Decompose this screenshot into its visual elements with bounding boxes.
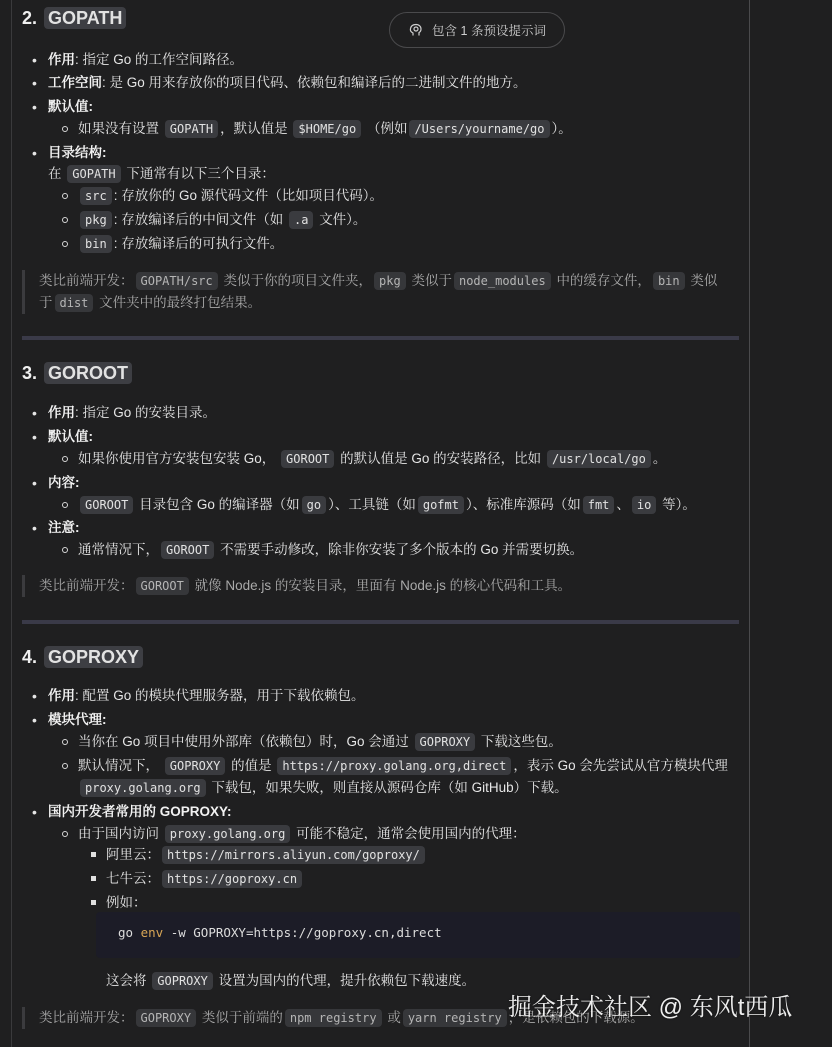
text: 文件夹中的最终打包结果。	[99, 295, 261, 310]
list-item: src: 存放你的 Go 源代码文件（比如项目代码）。	[78, 186, 383, 206]
inline-code: GOROOT	[80, 496, 133, 514]
text: 。	[653, 451, 667, 466]
item-colon: :	[75, 475, 80, 490]
section-heading-goroot: 3. GOROOT	[22, 363, 134, 384]
right-border-line	[749, 0, 750, 1047]
text: 如果你使用官方安装包安装 Go，	[78, 451, 275, 466]
list-item: 默认值:	[48, 427, 93, 447]
text: ）、标准库源码（如	[466, 497, 581, 512]
text: ，默认值是	[220, 121, 288, 136]
text: 阿里云：	[106, 847, 160, 862]
list-item: GOROOT 目录包含 Go 的编译器（如go）、工具链（如gofmt）、标准库…	[78, 495, 696, 515]
inline-code: proxy.golang.org	[80, 779, 206, 797]
inline-code: bin	[80, 235, 112, 253]
item-label: 作用	[48, 405, 75, 420]
heading-number: 2.	[22, 8, 37, 28]
list-item: 例如：	[106, 893, 147, 913]
text: ）、工具链（如	[328, 497, 416, 512]
list-item: 通常情况下，GOROOT 不需要手动修改，除非你安装了多个版本的 Go 并需要切…	[78, 540, 583, 560]
text: （例如	[367, 121, 408, 136]
text: 类比前端开发：	[39, 273, 134, 288]
inline-code: gofmt	[418, 496, 464, 514]
list-item: 工作空间: 是 Go 用来存放你的项目代码、依赖包和编译后的二进制文件的地方。	[48, 73, 527, 93]
list-item: 注意:	[48, 518, 80, 538]
text: 下载包，如果失败，则直接从源码仓库（如 GitHub）下载。	[211, 780, 567, 795]
item-text: : 是 Go 用来存放你的项目代码、依赖包和编译后的二进制文件的地方。	[102, 75, 527, 90]
inline-code: GOPROXY	[415, 733, 476, 751]
watermark: 掘金技术社区 @ 东风t西瓜	[508, 987, 792, 1022]
list-item: 作用: 指定 Go 的工作空间路径。	[48, 50, 243, 70]
item-text: : 指定 Go 的安装目录。	[75, 405, 216, 420]
inline-code: bin	[653, 272, 685, 290]
item-colon: :	[102, 712, 107, 727]
inline-code: npm registry	[285, 1009, 382, 1027]
text: 默认情况下，	[78, 758, 159, 773]
item-label: 作用	[48, 688, 75, 703]
item-text: : 指定 Go 的工作空间路径。	[75, 52, 243, 67]
text: 、	[616, 497, 630, 512]
inline-code: go	[302, 496, 326, 514]
heading-number: 4.	[22, 647, 37, 667]
text: 这会将	[106, 973, 147, 988]
list-item: 作用: 指定 Go 的安装目录。	[48, 403, 216, 423]
inline-code: GOROOT	[136, 577, 189, 595]
code-keyword: env	[141, 925, 164, 940]
text: 类似于你的项目文件夹，	[224, 273, 373, 288]
text: 通常情况下，	[78, 542, 159, 557]
text: 设置为国内的代理，提升依赖包下载速度。	[219, 973, 476, 988]
preset-prompt-button[interactable]: 包含 1 条预设提示词	[389, 12, 565, 48]
inline-code: GOPROXY	[165, 757, 226, 775]
item-label: 内容	[48, 475, 75, 490]
blockquote: 类比前端开发：GOROOT 就像 Node.js 的安装目录，里面有 Node.…	[22, 575, 739, 597]
text: 下通常有以下三个目录：	[126, 166, 275, 181]
item-colon: :	[89, 99, 94, 114]
text: 例如：	[106, 895, 147, 910]
list-item: 阿里云：https://mirrors.aliyun.com/goproxy/	[106, 845, 427, 865]
list-item-continuation: proxy.golang.org 下载包，如果失败，则直接从源码仓库（如 Git…	[78, 778, 568, 798]
item-label: 作用	[48, 52, 75, 67]
item-label: 工作空间	[48, 75, 102, 90]
item-label: 注意	[48, 520, 75, 535]
text: 文件）。	[319, 212, 366, 227]
item-label: 默认值	[48, 99, 89, 114]
text: : 存放编译后的可执行文件。	[114, 236, 284, 251]
text: 下载这些包。	[481, 734, 562, 749]
item-colon: :	[102, 145, 107, 160]
inline-code: GOPROXY	[152, 972, 213, 990]
inline-code: pkg	[80, 211, 112, 229]
left-border-line	[11, 0, 12, 1047]
list-item: 由于国内访问 proxy.golang.org 可能不稳定，通常会使用国内的代理…	[78, 824, 526, 844]
text: 类比前端开发：	[39, 578, 134, 593]
item-label: 默认值	[48, 429, 89, 444]
inline-code: io	[632, 496, 656, 514]
list-item: 默认值:	[48, 97, 93, 117]
list-item: pkg: 存放编译后的中间文件（如 .a 文件）。	[78, 210, 366, 230]
preset-prompt-label: 包含 1 条预设提示词	[432, 21, 546, 39]
inline-code: https://proxy.golang.org,direct	[277, 757, 511, 775]
heading-code: GOROOT	[44, 362, 132, 384]
item-label: 模块代理	[48, 712, 102, 727]
inline-code: /usr/local/go	[547, 450, 651, 468]
inline-code: GOPATH	[67, 165, 120, 183]
code-token: -w GOPROXY=https://goproxy.cn,direct	[171, 925, 442, 940]
list-item: 如果没有设置 GOPATH，默认值是 $HOME/go （例如/Users/yo…	[78, 119, 572, 139]
list-item: 模块代理:	[48, 710, 107, 730]
divider	[22, 336, 739, 340]
text: 目录包含 Go 的编译器（如	[139, 497, 300, 512]
text: 类似于	[411, 273, 452, 288]
inline-code: GOPROXY	[136, 1009, 197, 1027]
text: 就像 Node.js 的安装目录，里面有 Node.js 的核心代码和工具。	[195, 578, 572, 593]
item-label: 目录结构	[48, 145, 102, 160]
inline-code: proxy.golang.org	[165, 825, 291, 843]
inline-code: /Users/yourname/go	[409, 120, 549, 138]
inline-code: src	[80, 187, 112, 205]
code-line: go env -w GOPROXY=https://goproxy.cn,dir…	[96, 912, 740, 940]
text: ，表示 Go 会先尝试从官方模块代理	[513, 758, 728, 773]
inline-code: .a	[289, 211, 313, 229]
list-item: 当你在 Go 项目中使用外部库（依赖包）时，Go 会通过 GOPROXY 下载这…	[78, 732, 562, 752]
text: ）。	[552, 121, 572, 136]
text: 如果没有设置	[78, 121, 159, 136]
text: 或	[387, 1010, 401, 1025]
text: 等）。	[662, 497, 696, 512]
inline-code: dist	[55, 294, 94, 312]
section-heading-gopath: 2. GOPATH	[22, 8, 128, 29]
text: 的值是	[231, 758, 272, 773]
inline-code: yarn registry	[403, 1009, 507, 1027]
code-block[interactable]: go env -w GOPROXY=https://goproxy.cn,dir…	[96, 912, 740, 958]
brain-icon	[408, 22, 424, 38]
inline-code: GOROOT	[161, 541, 214, 559]
list-item: 内容:	[48, 473, 80, 493]
heading-number: 3.	[22, 363, 37, 383]
text: 可能不稳定，通常会使用国内的代理：	[296, 826, 526, 841]
list-item: 国内开发者常用的 GOPROXY:	[48, 802, 232, 822]
text: 类似于前端的	[202, 1010, 283, 1025]
heading-code: GOPROXY	[44, 646, 143, 668]
text: 由于国内访问	[78, 826, 159, 841]
text: 类似	[690, 273, 717, 288]
list-item: 目录结构:	[48, 143, 107, 163]
list-item: 默认情况下， GOPROXY 的值是 https://proxy.golang.…	[78, 756, 728, 776]
list-item: bin: 存放编译后的可执行文件。	[78, 234, 283, 254]
item-colon: :	[227, 804, 232, 819]
paragraph: 这会将 GOPROXY 设置为国内的代理，提升依赖包下载速度。	[106, 971, 475, 991]
heading-code: GOPATH	[44, 7, 126, 29]
inline-code: GOROOT	[281, 450, 334, 468]
inline-code: $HOME/go	[293, 120, 361, 138]
item-colon: :	[89, 429, 94, 444]
blockquote: 类比前端开发：GOPATH/src 类似于你的项目文件夹，pkg 类似于node…	[22, 270, 739, 314]
list-item: 如果你使用官方安装包安装 Go， GOROOT 的默认值是 Go 的安装路径，比…	[78, 449, 666, 469]
text: 于	[39, 295, 53, 310]
text: : 存放你的 Go 源代码文件（比如项目代码）。	[114, 188, 383, 203]
code-token: go	[118, 925, 133, 940]
text: 类比前端开发：	[39, 1010, 134, 1025]
text: 的默认值是 Go 的安装路径，比如	[340, 451, 541, 466]
text: 中的缓存文件，	[556, 273, 651, 288]
text: : 存放编译后的中间文件（如	[114, 212, 284, 227]
aliyun-url[interactable]: https://mirrors.aliyun.com/goproxy/	[162, 846, 425, 864]
paragraph: 在 GOPATH 下通常有以下三个目录：	[48, 164, 275, 184]
inline-code: node_modules	[454, 272, 551, 290]
list-item: 七牛云：https://goproxy.cn	[106, 869, 304, 889]
item-label: 国内开发者常用的 GOPROXY	[48, 804, 227, 819]
item-text: : 配置 Go 的模块代理服务器，用于下载依赖包。	[75, 688, 365, 703]
text: 七牛云：	[106, 871, 160, 886]
divider	[22, 620, 739, 624]
inline-code: pkg	[374, 272, 406, 290]
inline-code: GOPATH	[165, 120, 218, 138]
qiniu-url[interactable]: https://goproxy.cn	[162, 870, 302, 888]
text: 在	[48, 166, 62, 181]
section-heading-goproxy: 4. GOPROXY	[22, 647, 145, 668]
text: 不需要手动修改，除非你安装了多个版本的 Go 并需要切换。	[220, 542, 583, 557]
text: 当你在 Go 项目中使用外部库（依赖包）时，Go 会通过	[78, 734, 409, 749]
inline-code: GOPATH/src	[136, 272, 218, 290]
item-colon: :	[75, 520, 80, 535]
inline-code: fmt	[583, 496, 615, 514]
list-item: 作用: 配置 Go 的模块代理服务器，用于下载依赖包。	[48, 686, 365, 706]
